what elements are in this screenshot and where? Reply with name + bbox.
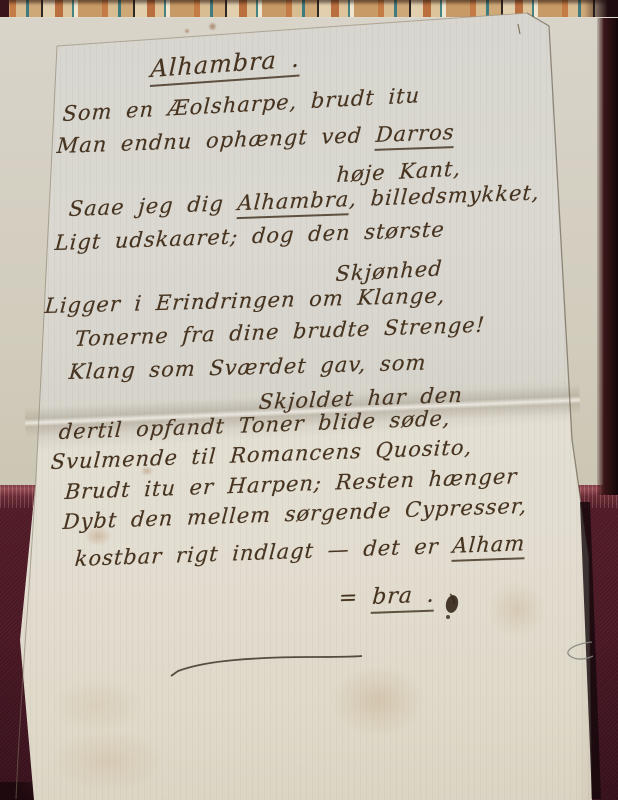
handwriting-text: Ligt udskaaret; dog den største (54, 217, 446, 255)
handwriting-line: Som en Æolsharpe, brudt itu (62, 83, 421, 126)
underlined-word: Alhambra (236, 187, 350, 219)
handwriting-line: kostbar rigt indlagt — det er Alham (74, 531, 526, 571)
manuscript-photograph: Alhambra .Som en Æolsharpe, brudt ituMan… (0, 0, 618, 800)
handwriting-text: Tonerne fra dine brudte Strenge! (74, 313, 486, 351)
handwriting-text: Ligger i Erindringen om Klange, (44, 283, 446, 318)
handwriting-block: Alhambra .Som en Æolsharpe, brudt ituMan… (0, 0, 618, 800)
handwriting-line: Saae jeg dig Alhambra, billedsmykket, (68, 180, 540, 221)
handwriting-text: Klang som Sværdet gav, som (68, 351, 427, 384)
underlined-word: bra . (371, 583, 436, 614)
handwriting-line: Skjønhed (335, 256, 443, 286)
handwriting-text: Som en Æolsharpe, brudt itu (62, 83, 421, 126)
handwriting-text: = (338, 585, 373, 611)
underlined-word: Alhambra . (150, 44, 301, 87)
underlined-word: Darros (375, 120, 456, 151)
handwriting-text: , billedsmykket, (349, 180, 541, 211)
handwriting-line: Klang som Sværdet gav, som (68, 351, 427, 384)
handwriting-line: = bra . (338, 583, 436, 611)
handwriting-text: kostbar rigt indlagt — det er (74, 534, 453, 571)
handwriting-line: Ligt udskaaret; dog den største (54, 217, 446, 255)
handwriting-line: Man endnu ophængt ved Darros (56, 120, 455, 158)
handwriting-text: høje Kant, (336, 156, 462, 187)
handwriting-line: Ligger i Erindringen om Klange, (44, 283, 446, 318)
handwriting-text: Saae jeg dig (68, 191, 238, 221)
handwriting-line: høje Kant, (336, 156, 462, 187)
handwriting-text: Man endnu ophængt ved (56, 123, 377, 158)
handwriting-line: Tonerne fra dine brudte Strenge! (74, 313, 486, 351)
underlined-word: Alham (451, 531, 526, 562)
handwriting-text: Skjønhed (335, 256, 443, 286)
poem-title: Alhambra . (150, 44, 301, 83)
